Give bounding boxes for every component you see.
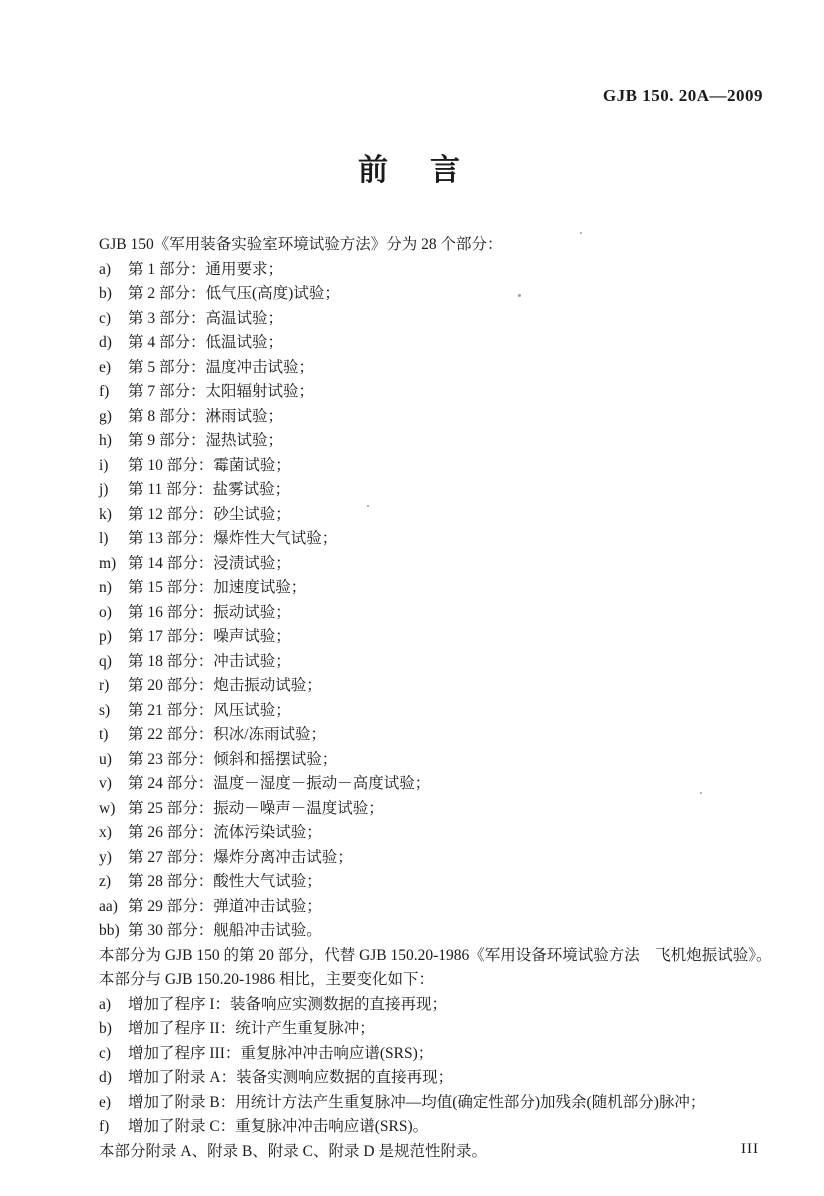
part-item-text: 第 26 部分：流体污染试验；	[128, 821, 322, 846]
part-item: r) 第 20 部分：炮击振动试验；	[99, 674, 765, 699]
part-item-label: f)	[99, 380, 128, 405]
part-item-label: u)	[99, 748, 128, 773]
change-item-label: e)	[99, 1091, 128, 1116]
change-item-label: c)	[99, 1042, 128, 1067]
part-item-text: 第 21 部分：风压试验；	[128, 699, 291, 724]
change-item-text: 增加了程序 III：重复脉冲冲击响应谱(SRS)；	[128, 1042, 433, 1067]
scan-speck	[518, 294, 521, 297]
part-item-label: g)	[99, 405, 128, 430]
change-item-label: f)	[99, 1115, 128, 1140]
change-item: d) 增加了附录 A：装备实测响应数据的直接再现；	[99, 1066, 765, 1091]
part-item-label: h)	[99, 429, 128, 454]
part-item-label: q)	[99, 650, 128, 675]
part-item-label: n)	[99, 576, 128, 601]
part-item: z) 第 28 部分：酸性大气试验；	[99, 870, 765, 895]
change-item: c) 增加了程序 III：重复脉冲冲击响应谱(SRS)；	[99, 1042, 765, 1067]
part-item: v) 第 24 部分：温度－湿度－振动－高度试验；	[99, 772, 765, 797]
part-item-text: 第 25 部分：振动－噪声－温度试验；	[128, 797, 384, 822]
part-item-text: 第 9 部分：湿热试验；	[128, 429, 283, 454]
change-item: e) 增加了附录 B：用统计方法产生重复脉冲—均值(确定性部分)加残余(随机部分…	[99, 1091, 765, 1116]
part-item-label: m)	[99, 552, 128, 577]
part-item-text: 第 7 部分：太阳辐射试验；	[128, 380, 314, 405]
part-item-label: s)	[99, 699, 128, 724]
changes-intro: 本部分与 GJB 150.20-1986 相比，主要变化如下：	[99, 968, 765, 993]
change-item-text: 增加了附录 B：用统计方法产生重复脉冲—均值(确定性部分)加残余(随机部分)脉冲…	[128, 1091, 705, 1116]
part-item: u) 第 23 部分：倾斜和摇摆试验；	[99, 748, 765, 773]
foreword-body: GJB 150《军用装备实验室环境试验方法》分为 28 个部分： a) 第 1 …	[99, 233, 765, 1164]
part-item: f) 第 7 部分：太阳辐射试验；	[99, 380, 765, 405]
part-item: e) 第 5 部分：温度冲击试验；	[99, 356, 765, 381]
change-item: b) 增加了程序 II：统计产生重复脉冲；	[99, 1017, 765, 1042]
part-item-label: y)	[99, 846, 128, 871]
part-item: m) 第 14 部分：浸渍试验；	[99, 552, 765, 577]
part-item: w) 第 25 部分：振动－噪声－温度试验；	[99, 797, 765, 822]
part-item: bb) 第 30 部分：舰船冲击试验。	[99, 919, 765, 944]
part-item: x) 第 26 部分：流体污染试验；	[99, 821, 765, 846]
change-item-label: b)	[99, 1017, 128, 1042]
page-number: III	[741, 1141, 759, 1158]
part-item-text: 第 14 部分：浸渍试验；	[128, 552, 291, 577]
part-item: q) 第 18 部分：冲击试验；	[99, 650, 765, 675]
part-item-text: 第 2 部分：低气压(高度)试验；	[128, 282, 340, 307]
part-item: a) 第 1 部分：通用要求；	[99, 258, 765, 283]
part-item-text: 第 12 部分：砂尘试验；	[128, 503, 291, 528]
part-item-text: 第 24 部分：温度－湿度－振动－高度试验；	[128, 772, 430, 797]
part-item-label: p)	[99, 625, 128, 650]
part-item-text: 第 13 部分：爆炸性大气试验；	[128, 527, 337, 552]
part-item-text: 第 16 部分：振动试验；	[128, 601, 291, 626]
part-item-text: 第 23 部分：倾斜和摇摆试验；	[128, 748, 337, 773]
parts-intro: GJB 150《军用装备实验室环境试验方法》分为 28 个部分：	[99, 233, 765, 258]
part-item: j) 第 11 部分：盐雾试验；	[99, 478, 765, 503]
part-item: y) 第 27 部分：爆炸分离冲击试验；	[99, 846, 765, 871]
replacement-note: 本部分为 GJB 150 的第 20 部分，代替 GJB 150.20-1986…	[99, 944, 765, 969]
part-item-label: w)	[99, 797, 128, 822]
part-item-label: bb)	[99, 919, 128, 944]
part-item-label: i)	[99, 454, 128, 479]
part-item-text: 第 27 部分：爆炸分离冲击试验；	[128, 846, 353, 871]
change-item-label: a)	[99, 993, 128, 1018]
part-item-text: 第 3 部分：高温试验；	[128, 307, 283, 332]
part-item: g) 第 8 部分：淋雨试验；	[99, 405, 765, 430]
changes-list: a) 增加了程序 I：装备响应实测数据的直接再现； b) 增加了程序 II：统计…	[99, 993, 765, 1140]
part-item-text: 第 11 部分：盐雾试验；	[128, 478, 290, 503]
part-item-text: 第 8 部分：淋雨试验；	[128, 405, 283, 430]
part-item-label: z)	[99, 870, 128, 895]
part-item-label: k)	[99, 503, 128, 528]
part-item: i) 第 10 部分：霉菌试验；	[99, 454, 765, 479]
page-title: 前 言	[0, 154, 824, 188]
part-item-text: 第 5 部分：温度冲击试验；	[128, 356, 314, 381]
part-item: aa) 第 29 部分：弹道冲击试验；	[99, 895, 765, 920]
part-item-label: t)	[99, 723, 128, 748]
part-item-text: 第 30 部分：舰船冲击试验。	[128, 919, 322, 944]
part-item-text: 第 1 部分：通用要求；	[128, 258, 283, 283]
part-item-label: e)	[99, 356, 128, 381]
part-item-label: d)	[99, 331, 128, 356]
parts-list: a) 第 1 部分：通用要求； b) 第 2 部分：低气压(高度)试验； c) …	[99, 258, 765, 944]
part-item: h) 第 9 部分：湿热试验；	[99, 429, 765, 454]
part-item: l) 第 13 部分：爆炸性大气试验；	[99, 527, 765, 552]
part-item-label: j)	[99, 478, 128, 503]
change-item: f) 增加了附录 C：重复脉冲冲击响应谱(SRS)。	[99, 1115, 765, 1140]
part-item-text: 第 10 部分：霉菌试验；	[128, 454, 291, 479]
part-item-label: c)	[99, 307, 128, 332]
part-item-text: 第 20 部分：炮击振动试验；	[128, 674, 322, 699]
part-item: c) 第 3 部分：高温试验；	[99, 307, 765, 332]
change-item-text: 增加了附录 A：装备实测响应数据的直接再现；	[128, 1066, 453, 1091]
part-item-text: 第 15 部分：加速度试验；	[128, 576, 306, 601]
document-page: GJB 150. 20A—2009 前 言 GJB 150《军用装备实验室环境试…	[0, 0, 824, 1196]
part-item-text: 第 17 部分：噪声试验；	[128, 625, 291, 650]
doc-number: GJB 150. 20A—2009	[603, 86, 763, 106]
part-item: k) 第 12 部分：砂尘试验；	[99, 503, 765, 528]
part-item-label: r)	[99, 674, 128, 699]
change-item-label: d)	[99, 1066, 128, 1091]
part-item: p) 第 17 部分：噪声试验；	[99, 625, 765, 650]
part-item-label: o)	[99, 601, 128, 626]
part-item-text: 第 4 部分：低温试验；	[128, 331, 283, 356]
part-item: b) 第 2 部分：低气压(高度)试验；	[99, 282, 765, 307]
part-item: d) 第 4 部分：低温试验；	[99, 331, 765, 356]
part-item: t) 第 22 部分：积冰/冻雨试验；	[99, 723, 765, 748]
part-item-text: 第 28 部分：酸性大气试验；	[128, 870, 322, 895]
change-item-text: 增加了程序 II：统计产生重复脉冲；	[128, 1017, 375, 1042]
part-item-text: 第 18 部分：冲击试验；	[128, 650, 291, 675]
scan-speck	[367, 505, 369, 507]
scan-speck	[580, 232, 582, 234]
part-item: s) 第 21 部分：风压试验；	[99, 699, 765, 724]
scan-speck	[700, 792, 702, 794]
part-item: n) 第 15 部分：加速度试验；	[99, 576, 765, 601]
part-item-label: b)	[99, 282, 128, 307]
part-item-text: 第 29 部分：弹道冲击试验；	[128, 895, 322, 920]
part-item-label: x)	[99, 821, 128, 846]
change-item-text: 增加了附录 C：重复脉冲冲击响应谱(SRS)。	[128, 1115, 428, 1140]
change-item-text: 增加了程序 I：装备响应实测数据的直接再现；	[128, 993, 447, 1018]
appendix-note: 本部分附录 A、附录 B、附录 C、附录 D 是规范性附录。	[99, 1140, 765, 1165]
part-item-label: a)	[99, 258, 128, 283]
part-item: o) 第 16 部分：振动试验；	[99, 601, 765, 626]
part-item-text: 第 22 部分：积冰/冻雨试验；	[128, 723, 326, 748]
change-item: a) 增加了程序 I：装备响应实测数据的直接再现；	[99, 993, 765, 1018]
part-item-label: v)	[99, 772, 128, 797]
part-item-label: aa)	[99, 895, 128, 920]
part-item-label: l)	[99, 527, 128, 552]
